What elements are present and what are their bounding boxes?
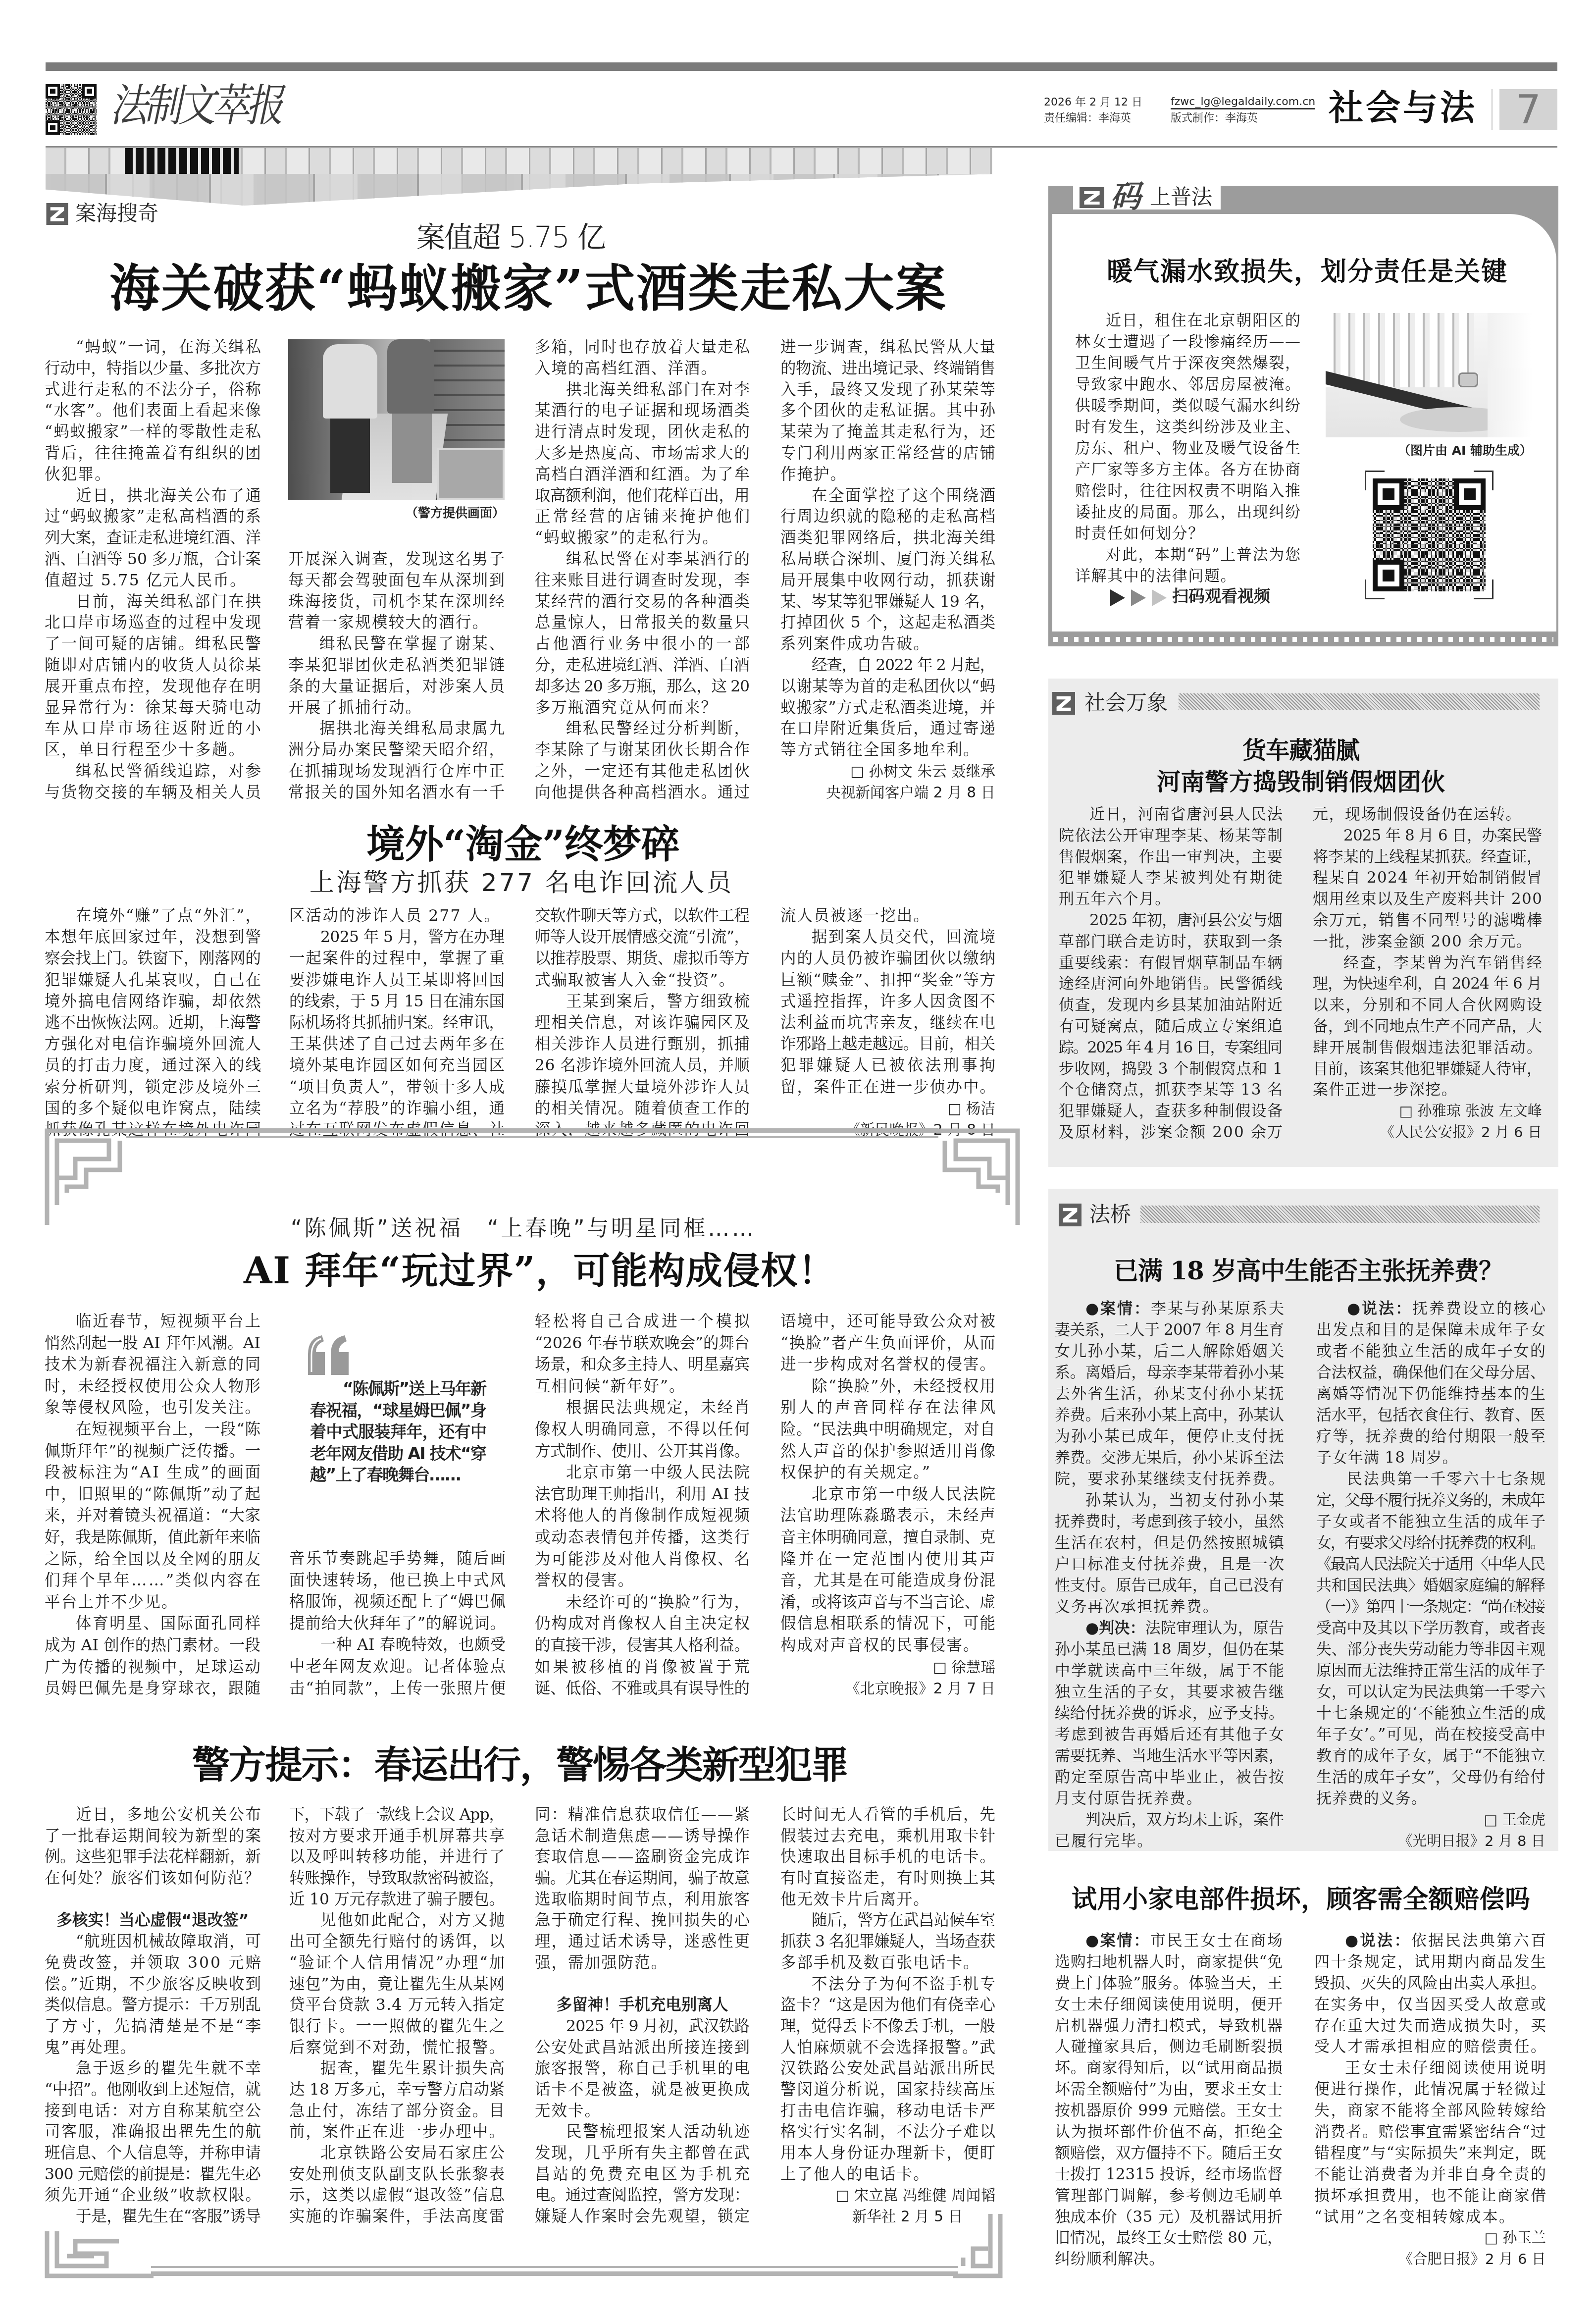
text-line: 了一批春运期间较为新型的案 [45, 1826, 261, 1847]
text-line: 无效卡。 [535, 2101, 750, 2122]
article-column: 同：精准信息获取信任——紧急话术制造焦虑——诱导操作套取信息——盗刷资金完成诈骗… [535, 1804, 750, 2227]
text-line: 境外某电诈园区如何充当园区 [289, 1055, 505, 1076]
arrow-2 [1131, 589, 1146, 606]
text-line: 蚁搬家”方式走私酒类进境，并 [780, 697, 995, 719]
z-section-icon [1080, 187, 1104, 208]
text-line: 步收网，捣毁 3 个制假窝点和 1 [1059, 1058, 1283, 1080]
text-line: 入手，最终又发现了孙某荣等 [780, 379, 995, 401]
text-line: 某经营的酒行交易的各种酒类 [535, 591, 750, 613]
text-line: 管理部门调解，参考侧边毛刷单 [1055, 2185, 1283, 2207]
text-line: 或者不能独立生活的成年子女的 [1316, 1341, 1545, 1362]
text-line: 格服饰，视频还配上了“姆巴佩 [289, 1591, 506, 1613]
text-line: 同：精准信息获取信任——紧 [535, 1804, 750, 1826]
text-line: 王女士未仔细阅读使用说明 [1314, 2057, 1546, 2079]
text-line: 本想年底回家过年，没想到警 [45, 927, 261, 948]
text-line: 酌定至原告高中毕业止，被告按 [1055, 1767, 1284, 1788]
text-line: 一种 AI 春晚特效，也颇受 [289, 1634, 506, 1656]
text-line: 时责任如何划分？ [1075, 523, 1300, 544]
text-line: 险。“民法典中明确规定，对自 [780, 1419, 995, 1441]
mashang-label-rest: 上普法 [1150, 185, 1212, 209]
byline: 《光明日报》2 月 8 日 [1316, 1831, 1545, 1852]
text-line: 誉权的侵害。 [535, 1570, 750, 1592]
text-line: 2025 年初，唐河县公安与烟 [1059, 910, 1283, 931]
text-line: 活水平，包括衣食住行、教育、医 [1316, 1405, 1545, 1426]
text-line: 案件正进一步深挖。 [1313, 1079, 1542, 1101]
article-column: 近日，河南省唐河县人民法院依法公开审理李某、杨某等制售假烟案，作出一审判决，主要… [1059, 804, 1283, 1143]
text-line: 民警梳理报案人活动轨迹 [535, 2121, 750, 2143]
text-line: 以及呼叫转移功能，并进行了 [289, 1846, 505, 1868]
text-line: 快速取出目标手机的电话卡。 [780, 1846, 995, 1868]
text-line: 构成对声音权的民事侵害。 [780, 1635, 995, 1657]
text-line: 未经许可的“换脸”行为， [535, 1592, 750, 1614]
text-line: 女，可以认定为民法典第一千零六 [1316, 1682, 1545, 1703]
byline: 央视新闻客户端 2 月 8 日 [780, 782, 995, 803]
text-line: 见他如此配合，对方又抛 [289, 1910, 505, 1931]
text-line: 鬼”再处理。 [45, 2037, 261, 2058]
text-line: 察会找上门。铁窗下，刚落网的 [45, 948, 261, 969]
text-line: 启机器强力清扫模式，导致机器 [1055, 2015, 1283, 2037]
text-line: 索分析研判，锁定涉及境外三 [45, 1077, 261, 1098]
text-line: 们拜个早年……”类似内容在 [45, 1570, 260, 1592]
text-line: 某酒行的电子证据和现场酒类 [535, 400, 750, 421]
text-line: 及原材料，涉案金额 200 余万 [1059, 1122, 1283, 1143]
text-line: 入境的高档红酒、洋酒。 [535, 358, 750, 379]
text-line: 性支付。原告已成年，自己已没有 [1055, 1575, 1284, 1596]
text-line: 向他提供各种高档酒水。通过 [535, 782, 750, 803]
byline: □ 孙雅琼 张波 左文峰 [1313, 1101, 1542, 1122]
text-line: 院，要求孙某继续支付抚养费。 [1055, 1469, 1284, 1490]
text-line: 十七条规定的‘不能独立生活的成 [1316, 1703, 1545, 1724]
text-line: 员姆巴佩先是身穿球衣，跟随 [45, 1678, 260, 1700]
article-headline: 已满 18 岁高中生能否主张抚养费？ [1114, 1257, 1503, 1285]
text-line: 下，下载了一款线上会议 App， [289, 1804, 505, 1826]
text-line: 一批，涉案金额 200 余万元。 [1313, 931, 1542, 952]
text-line: 的直接干涉，侵害其人格利益。 [535, 1635, 750, 1657]
text-line: 据到案人员交代，回流境 [780, 927, 995, 948]
photo-caption: （图片由 AI 辅助生成） [1326, 441, 1532, 459]
text-line: 公安处武昌站派出所接连接到 [535, 2037, 750, 2058]
text-line: 来，并对着镜头祝福道：“大家 [45, 1505, 260, 1527]
text-line: 根据民法典规定，未经肖 [535, 1397, 750, 1419]
frame-bottom-line-inner [151, 2266, 958, 2268]
text-line: 妻关系，二人于 2007 年 8 月生育 [1055, 1319, 1284, 1341]
text-line: 了方寸，先搞清楚是不是“李 [45, 2016, 261, 2037]
text-line: 留，案件正在进一步侦办中。 [780, 1077, 995, 1098]
text-line: 如果被移植的肖像被置于荒 [535, 1657, 750, 1679]
text-line: 去外省生活，孙某支付孙小某抚 [1055, 1383, 1284, 1405]
text-line: 日前，海关缉私部门在拱 [45, 591, 261, 613]
text-line: 师等人设开展情感交流“引流”， [535, 927, 750, 948]
text-line: 背后，往往掩盖着有组织的团 [45, 443, 261, 464]
text-line: 悄然刮起一股 AI 拜年风潮。AI [45, 1333, 260, 1355]
section-label-faqiao: 法桥 [1089, 1203, 1131, 1226]
text-line: 过“蚂蚁搬家”走私高档酒的系 [45, 506, 261, 527]
article-headline: 试用小家电部件损坏，顾客需全额赔偿吗 [1072, 1885, 1530, 1914]
text-line: 北口岸市场巡查的过程中发现 [45, 612, 261, 633]
text-line: 或动态表情包并传播，这类行 [535, 1527, 750, 1549]
text-line: 行动中，特指以少量、多批次方 [45, 358, 261, 379]
text-line: 在境外“赚”了点“外汇”， [45, 905, 261, 927]
text-line: 经查，自 2022 年 2 月起， [780, 655, 995, 676]
text-line: 须先开通“企业级”收款权限。 [45, 2185, 261, 2206]
arrow-3 [1152, 589, 1167, 606]
pull-quote: “陈佩斯”送上马年新春祝福，“球星姆巴佩”身着中式服装拜年，还有中老年网友借助 … [310, 1378, 487, 1486]
article-column: 流人员被逐一挖出。据到案人员交代，回流境内的人员仍被诈骗团伙以缴纳巨额“赎金”、… [780, 905, 995, 1141]
text-line: 银行卡。一一照做的瞿先生之 [289, 2016, 505, 2037]
text-line: 开展深入调查，发现这名男子 [288, 549, 505, 570]
text-line: “中招”。他刚收到上述短信，就 [45, 2079, 261, 2101]
play-arrows-icon [1110, 589, 1167, 606]
lattice-ornament-icon [45, 2231, 154, 2278]
text-line: 格实行实名制，不法分子难以 [780, 2121, 995, 2143]
text-line: 达 18 万多元，幸亏警方启动紧 [289, 2079, 505, 2101]
article-column: 临近春节，短视频平台上悄然刮起一股 AI 拜年风潮。AI技术为新春祝福注入新意的… [45, 1311, 260, 1700]
page-number: 7 [1516, 87, 1541, 133]
text-line: 佩斯拜年”的视频广泛传播。一 [45, 1441, 260, 1463]
text-line: 急于返乡的瞿先生就不幸 [45, 2058, 261, 2079]
text-line: 元，现场制假设备仍在运转。 [1313, 804, 1542, 825]
text-line: 的相关情况。随着侦查工作的 [535, 1098, 750, 1119]
text-line: 权保护的有关规定。” [780, 1462, 995, 1484]
crate [437, 448, 505, 500]
text-line: 占他酒行业务中很小的一部 [535, 633, 750, 655]
text-line: 酒、白酒等 50 多万瓶，合计案 [45, 549, 261, 570]
text-line: 轻松将自己合成进一个模拟 [535, 1311, 750, 1333]
text-line: 理相关信息，对该诈骗园区及 [535, 1012, 750, 1034]
text-line: 损坏承担费用，也不能让商家借 [1314, 2185, 1546, 2207]
text-line: 长时间无人看管的手机后，先 [780, 1804, 995, 1826]
text-line: 导致家中跑水、邻居房屋被淹。 [1075, 374, 1300, 395]
text-line: 段被标注为“AI 生成”的画面 [45, 1462, 260, 1484]
text-line: 在短视频平台上，一段“陈 [45, 1419, 260, 1441]
text-line: 肆开展制售假烟违法犯罪活动。 [1313, 1037, 1542, 1058]
article-headline: 境外“淘金”终梦碎 [366, 823, 680, 867]
text-line: 珠海接货，司机李某在深圳经 [288, 591, 505, 613]
section-hatch-bar [1140, 1206, 1540, 1223]
text-line: 往来账目进行调查时发现，李 [535, 570, 750, 591]
text-line: 前，案件正在进一步办理中。 [289, 2121, 505, 2143]
line-text: 抚养费设立的核心 [1412, 1300, 1547, 1317]
text-line: 经查，李某曾为汽车销售经 [1313, 952, 1542, 974]
text-line: 式骗取被害人入金“投资”。 [535, 970, 750, 991]
text-line: 互相问候“新年好”。 [535, 1376, 750, 1398]
text-line: 旧情况，最终王女士赔偿 80 元， [1055, 2227, 1283, 2249]
text-line: “水客”。他们表面上看起来像 [45, 400, 261, 421]
text-line: 有可疑窝点，随后成立专案组追 [1059, 1016, 1283, 1037]
text-line: “蚂蚁”一词，在海关缉私 [45, 337, 261, 358]
text-line: 法利益而坑害亲友，继续在电 [780, 1012, 995, 1034]
radiator-photo [1326, 313, 1532, 437]
text-line: 子女或者不能独立生活的成年子 [1316, 1511, 1545, 1532]
blank-line [535, 1974, 750, 1995]
text-line: 失，商家不能将全部风险转嫁给 [1314, 2100, 1546, 2121]
text-line: 音主体明确同意，擅自录制、克 [780, 1527, 995, 1549]
text-line: 春祝福，“球星姆巴佩”身 [310, 1400, 487, 1421]
text-line: 老年网友借助 AI 技术“穿 [310, 1443, 487, 1465]
article-headline: 警方提示：春运出行，警惕各类新型犯罪 [192, 1743, 849, 1787]
text-line: 近日，租住在北京朝阳区的 [1075, 310, 1300, 331]
text-line: 后察觉到不对劲，慌忙报警。 [289, 2037, 505, 2058]
text-line: 等方式销往全国多地牟利。 [780, 739, 995, 761]
text-line: 王某供述了自己过去两年多在 [289, 1034, 505, 1055]
text-line: 孙小某虽已满 18 周岁，但仍在某 [1055, 1639, 1284, 1660]
text-line: 多箱，同时也存放着大量走私 [535, 337, 750, 358]
text-line: 进行清点时发现，团伙走私的 [535, 421, 750, 443]
text-line: 定，父母不履行抚养义务的，未成年 [1316, 1490, 1545, 1511]
text-line: 汉铁路公安处武昌站派出所民 [780, 2058, 995, 2079]
section-label-anhai: 案海搜奇 [75, 202, 158, 225]
section-name: 社会与法 [1329, 87, 1475, 129]
byline: □ 孙玉兰 [1314, 2227, 1546, 2249]
text-line: 的物流、进出境记录、终端销售 [780, 358, 995, 379]
text-line: 时有发生，这类纠纷涉及业主、 [1075, 417, 1300, 438]
paragraph-label: ●案情： [1085, 1300, 1151, 1317]
text-line: 犯罪嫌疑人李某被判处有期徒 [1059, 867, 1283, 889]
lattice-ornament-icon [933, 1128, 1020, 1225]
text-line: 卫生间暖气片于深夜突然爆裂， [1075, 353, 1300, 374]
text-line: 实施的诈骗案件，手法高度雷 [289, 2206, 505, 2227]
article-column: 多箱，同时也存放着大量走私入境的高档红酒、洋酒。拱北海关缉私部门在对李某酒行的电… [535, 337, 750, 803]
masthead-logo: 法制文萃报 [110, 79, 283, 132]
arrow-1 [1110, 589, 1125, 606]
article-column: 轻松将自己合成进一个模拟“2026 年春节联欢晚会”的舞台场景，和众多主持人、明… [535, 1311, 750, 1700]
text-line: 总量惊人，日常报关的数量只 [535, 612, 750, 633]
text-line: 免费改签，并领取 300 元赔 [45, 1952, 261, 1974]
text-line: 区，单日行程至少十多趟。 [45, 739, 261, 761]
text-line: 交软件聊天等方式，以软件工程 [535, 905, 750, 927]
text-line: 流人员被逐一挖出。 [780, 905, 995, 927]
text-line: 时，未经授权使用公众人物形 [45, 1376, 260, 1398]
text-line: 毁损、灭失的风险由出卖人承担。 [1314, 1973, 1546, 1994]
text-line: 中，旧照里的“陈佩斯”动了起 [45, 1484, 260, 1506]
text-line: 广为传播的视频中，足球运动 [45, 1657, 260, 1679]
text-line: 多万瓶酒究竟从何而来？ [535, 697, 750, 719]
paragraph-label: ●判决： [1085, 1619, 1145, 1637]
text-line: ●说法：抚养费设立的核心 [1316, 1298, 1545, 1319]
text-line: 李某犯罪团伙走私酒类犯罪链 [288, 655, 505, 676]
person-left [323, 344, 377, 419]
lattice-ornament-icon [953, 2214, 1003, 2278]
text-line: 犯罪嫌疑人孔某哀叹，自己在 [45, 970, 261, 991]
text-line: 提前给大伙拜年了”的解说词。 [289, 1613, 506, 1635]
text-line: 象等侵权风险，也引发关注。 [45, 1397, 260, 1419]
text-line: 有时直接盗走，有时则换上其 [780, 1868, 995, 1889]
text-line: “陈佩斯”送上马年新 [310, 1378, 487, 1400]
text-line: 售假烟案，作出一审判决，主要 [1059, 846, 1283, 868]
text-line: ●判决：法院审理认为，原告 [1055, 1618, 1284, 1639]
frame-bottom-line [151, 2271, 958, 2276]
bottles [125, 148, 239, 174]
text-line: 开展了抓捕行动。 [288, 697, 505, 719]
text-line: 行周边织就的隐秘的走私高档 [780, 506, 995, 527]
text-line: 烟用丝束以及生产废料共计 200 [1313, 889, 1542, 910]
text-line: 取高额利润，他们花样百出，用 [535, 485, 750, 507]
text-line: 女，有要求父母给付抚养费的权利。 [1316, 1532, 1545, 1554]
text-line: 分，走私进境红酒、洋酒、白酒 [535, 655, 750, 676]
contact-email-link[interactable]: fzwc_lg@legaldaily.com.cn [1171, 96, 1315, 109]
paragraph-label: ●说法： [1347, 1300, 1412, 1317]
article-kicker: “陈佩斯”送祝福 “上春晚”与明星同框…… [291, 1216, 754, 1242]
text-line: 近日，多地公安机关公布 [45, 1804, 261, 1826]
text-line: 选取临期时间节点，利用旅客 [535, 1889, 750, 1910]
article-headline-line-2: 河南警方捣毁制销假烟团伙 [1157, 769, 1445, 796]
text-line: 场景，和众多主持人、明星嘉宾 [535, 1354, 750, 1376]
text-line: 便进行操作，此情况属于轻微过 [1314, 2079, 1546, 2100]
text-line: “试用”之名变相转嫁成本。 [1314, 2207, 1546, 2228]
text-line: 酒类犯罪网络后，拱北海关缉 [780, 527, 995, 549]
text-line: 技术为新春祝福注入新意的同 [45, 1354, 260, 1376]
article-column: 开展深入调查，发现这名男子每天都会驾驶面包车从深圳到珠海接货，司机李某在深圳经营… [288, 549, 505, 803]
text-line: 《最高人民法院关于适用〈中华人民 [1316, 1554, 1545, 1575]
paragraph-label: ●说法： [1345, 1932, 1411, 1949]
text-line: 需要抚养、当地生活水平等因素， [1055, 1745, 1284, 1767]
text-line: 安处刑侦支队副支队长张黎表 [289, 2164, 505, 2185]
text-line: 李某除了与谢某团伙长期合作 [535, 739, 750, 761]
quote-mark-icon [306, 1334, 351, 1375]
text-line: 成为 AI 创作的热门素材。一段 [45, 1635, 260, 1657]
text-line: 旅客报警，称自己手机里的电 [535, 2058, 750, 2079]
text-line: 话卡不是被盗，就是被更换成 [535, 2079, 750, 2101]
byline: □ 孙树文 朱云 聂继承 [780, 761, 995, 782]
article-headline: AI 拜年“玩过界”，可能构成侵权！ [244, 1250, 835, 1292]
text-line: 隆并在一定范围内使用其声 [780, 1549, 995, 1571]
z-section-icon [46, 203, 68, 225]
article-column: 在境外“赚”了点“外汇”，本想年底回家过年，没想到警察会找上门。铁窗下，刚落网的… [45, 905, 261, 1141]
text-line: 员的打击力度，通过深入的线 [45, 1055, 261, 1076]
text-line: 存在重大过失而造成损失时，买 [1314, 2015, 1546, 2037]
blank-line [45, 1889, 261, 1910]
text-line: 考虑到被告再婚后还有其他子女 [1055, 1724, 1284, 1745]
byline: □ 杨洁 [780, 1098, 995, 1119]
text-line: 侦查，发现内乡县某加油站附近 [1059, 995, 1283, 1016]
text-line: 北京市第一中级人民法院 [535, 1462, 750, 1484]
text-line: 体育明星、国际面孔同样 [45, 1613, 260, 1635]
text-line: 某荣为了掩盖其走私行为，还 [780, 421, 995, 443]
text-line: 套取信息——盗刷资金完成诈 [535, 1846, 750, 1868]
text-line: 际机场将其抓捕归案。经审讯， [289, 1012, 505, 1034]
lattice-ornament-icon [45, 1128, 131, 1225]
text-line: 将李某的上线程某抓获。经查证， [1313, 846, 1542, 868]
text-line: 认为损坏部件价值不高，拒绝全 [1055, 2121, 1283, 2143]
text-line: 班信息、个人信息等，并称申请 [45, 2143, 261, 2164]
z-section-icon [1052, 692, 1076, 715]
byline: □ 徐慧瑶 [780, 1657, 995, 1679]
text-line: 人碰撞家具后，侧边毛刷断裂损 [1055, 2036, 1283, 2057]
text-line: 藤摸瓜掌握大量境外涉诈人员 [535, 1077, 750, 1098]
text-line: 人怕麻烦就不会选择报警。”武 [780, 2037, 995, 2058]
text-line: 仍构成对肖像权人自主决定权 [535, 1613, 750, 1635]
scan-to-watch-cta: 扫码观看视频 [1172, 586, 1270, 606]
text-line: 抓获 3 名犯罪嫌疑人，当场查获 [780, 1931, 995, 1952]
text-line: 诿扯皮的局面。那么，出现纠纷 [1075, 502, 1300, 523]
article-column: 长时间无人看管的手机后，先假装过去充电，乘机用取卡针快速取出目标手机的电话卡。有… [780, 1804, 995, 2227]
text-line: 独立生活的子女，其要求被告继 [1055, 1682, 1284, 1703]
text-line: 类似信息。警方提示：千万别乱 [45, 1995, 261, 2016]
text-line: 除“换脸”外，未经授权用 [780, 1376, 995, 1398]
article-headline-line-1: 货车藏猫腻 [1242, 737, 1360, 764]
text-line: 院依法公开审理李某、杨某等制 [1059, 825, 1283, 846]
text-line: 为孙小某已成年，便停止支付抚 [1055, 1426, 1284, 1447]
text-line: 不能让消费者为并非自身全责的 [1314, 2164, 1546, 2185]
text-line: 示，这类以虚假“退改签”信息 [289, 2185, 505, 2206]
text-line: 作掩护。 [780, 464, 995, 485]
text-line: 假装过去充电，乘机用取卡针 [780, 1826, 995, 1847]
text-line: 法官助理陈淼璐表示，未经声 [780, 1505, 995, 1527]
text-line: 合法权益，确保他们在父母分居、 [1316, 1362, 1545, 1383]
paragraph-label: ●案情： [1085, 1932, 1150, 1949]
surveillance-photo [288, 339, 505, 500]
frame-top-line-inner [126, 1136, 938, 1138]
text-line: 相关涉诈人员进行甄别，抓捕 [535, 1034, 750, 1055]
mashang-body: 近日，租住在北京朝阳区的林女士遭遇了一段惨痛经历——卫生间暖气片于深夜突然爆裂，… [1075, 310, 1300, 587]
text-line: 列大案，查证走私进境红酒、洋 [45, 527, 261, 549]
text-line: 义务再次承担抚养费。 [1055, 1596, 1284, 1618]
text-line: 之际，给全国以及全网的朋友 [45, 1549, 260, 1571]
text-line: 踪。2025 年 4 月 16 日，专案组同 [1059, 1037, 1283, 1058]
text-line: 供暖季期间，类似暖气漏水纠纷 [1075, 395, 1300, 417]
text-line: 错程度”与“实际损失”来判定，既 [1314, 2143, 1546, 2164]
text-line: 随即对店铺内的收货人员徐某 [45, 655, 261, 676]
header-separator [1492, 89, 1493, 130]
text-line: “蚂蚁搬家”的走私行为。 [535, 527, 750, 549]
text-line: 缉私民警经过分析判断， [535, 718, 750, 739]
text-line: 为可能涉及对他人肖像权、名 [535, 1549, 750, 1571]
text-line: 续给付抚养费的诉求，应予支持。 [1055, 1703, 1284, 1724]
frame-top-line [126, 1128, 938, 1133]
text-line: 区活动的涉诈人员 277 人。 [289, 905, 505, 927]
text-line: 按对方要求开通手机屏幕共享 [289, 1826, 505, 1847]
article-column: 区活动的涉诈人员 277 人。2025 年 5 月，警方在办理一起案件的过程中，… [289, 905, 505, 1141]
text-line: 北京市第一中级人民法院 [780, 1484, 995, 1506]
article-column: 下，下载了一款线上会议 App，按对方要求开通手机屏幕共享以及呼叫转移功能，并进… [289, 1804, 505, 2227]
text-line: ●案情：市民王女士在商场 [1055, 1930, 1283, 1951]
text-line: 常报关的国外知名酒水有一千 [288, 782, 505, 803]
text-line: 犯罪嫌疑人已被依法刑事拘 [780, 1055, 995, 1076]
article-column: 语境中，还可能导致公众对被“换脸”者产生负面评价，从而进一步构成对名誉权的侵害。… [780, 1311, 995, 1700]
text-line: 一起案件的过程中，掌握了重 [289, 948, 505, 969]
text-line: 骗。尤其在春运期间，骗子故意 [535, 1868, 750, 1889]
text-line: 大多是热度高、市场需求大的 [535, 443, 750, 464]
text-line: “验证个人信用情况”办理“加 [289, 1952, 505, 1974]
text-line: 拱北海关缉私部门在对李 [535, 379, 750, 401]
text-line: 语境中，还可能导致公众对被 [780, 1311, 995, 1333]
line-text: 依据民法典第六百 [1411, 1932, 1548, 1949]
section-label-shehui: 社会万象 [1084, 691, 1168, 715]
text-line: 进一步调查，缉私民警从大量 [780, 337, 995, 358]
mashang-label-big: 码 [1110, 179, 1141, 214]
text-line: 北京铁路公安局石家庄公 [289, 2143, 505, 2164]
text-line: 巨额“赎金”、扣押“奖金”等方 [780, 970, 995, 991]
article-subtitle: 上海警方抓获 277 名电诈回流人员 [309, 868, 731, 897]
text-line: 正常经营的店铺来掩护他们 [535, 506, 750, 527]
text-line: 专门利用两家正常经营的店铺 [780, 443, 995, 464]
text-line: 电。通过查阅监控，警方发现： [535, 2185, 750, 2206]
text-line: 与货物交接的车辆及相关人员 [45, 782, 261, 803]
text-line: ●说法：依据民法典第六百 [1314, 1930, 1546, 1951]
text-line: 系列案件成功告破。 [780, 633, 995, 655]
text-line: 缉私民警在掌握了谢某、 [288, 633, 505, 655]
text-line: 女儿孙小某，后二人解除婚姻关 [1055, 1341, 1284, 1362]
person-right-legs [392, 414, 432, 483]
text-line: 术将他人的肖像制作成短视频 [535, 1505, 750, 1527]
line-text: 法院审理认为，原告 [1145, 1619, 1284, 1637]
article-column: ●说法：抚养费设立的核心出发点和目的是保障未成年子女或者不能独立生活的成年子女的… [1316, 1298, 1545, 1852]
text-line: 转账操作，导致取款密码被盗， [289, 1868, 505, 1889]
text-line: 例。这些犯罪手法花样翻新，新 [45, 1846, 261, 1868]
text-line: 急止付，冻结了部分资金。目 [289, 2101, 505, 2122]
text-line: 面快速转场，他已换上中式风 [289, 1570, 506, 1592]
text-line: 高档白酒洋酒和红酒。为了牟 [535, 464, 750, 485]
